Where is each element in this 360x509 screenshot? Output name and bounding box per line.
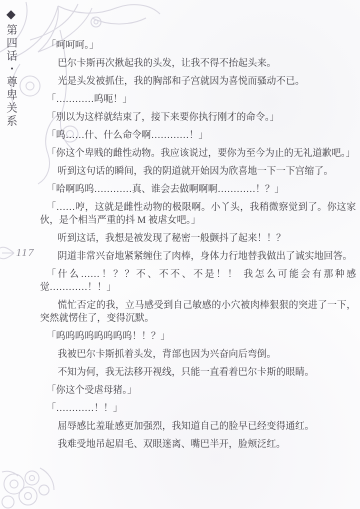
- paragraph-narration: 我难受地吊起眉毛、双眼迷离、嘴巴半开，脸颊泛红。: [40, 439, 356, 452]
- paragraph-narration: 屈辱感比羞耻感更加强烈，我知道自己的脸早已经变得通红。: [40, 421, 356, 434]
- chapter-title: 第四话・尊卑关系: [5, 24, 17, 128]
- paragraph-narration: 听到这句话的瞬间，我的阴道就开始因为欣喜地一下一下宫缩了。: [40, 166, 356, 179]
- paragraph-dialogue: 「你这个受虐母猪。」: [40, 385, 356, 398]
- page-number-sprig-icon: [0, 242, 16, 264]
- corner-flower-ornament-icon: [0, 462, 60, 509]
- paragraph-dialogue: 「哈啊呜呜…………真、谁会去做啊啊啊…………！？」: [40, 184, 356, 197]
- paragraph-dialogue: 「什么……！？？不、不不、不是！！ 我怎么可能会有那种感觉…………！！」: [40, 269, 356, 295]
- paragraph-dialogue: 「……哼，这就是雌性动物的极限啊。小丫头，我稍微察觉到了。你这家伙，是个相当严重…: [40, 202, 356, 228]
- paragraph-narration: 光是头发被抓住，我的胸部和子宫就因为喜悦而骚动不已。: [40, 76, 356, 89]
- paragraph-narration: 阴道非常兴奋地紧紧缠住了肉棒，身体力行地替我做出了诚实地回答。: [40, 251, 356, 264]
- paragraph-narration: 巴尔卡斯再次揪起我的头发，让我不得不抬起头来。: [40, 58, 356, 71]
- chapter-heading: ◆第四话・尊卑关系: [5, 7, 17, 128]
- paragraph-narration: 听到这话，我想是被发现了秘密一般颤抖了起来！！？: [40, 233, 356, 246]
- paragraph-narration: 不知为何，我无法移开视线，只能一直看着巴尔卡斯的眼睛。: [40, 367, 356, 380]
- diamond-icon: ◆: [4, 7, 18, 24]
- paragraph-narration: 我被巴尔卡斯抓着头发，背部也因为兴奋向后弯倒。: [40, 349, 356, 362]
- paragraph-dialogue: 「呵呵呵。」: [40, 40, 356, 53]
- paragraph-dialogue: 「呜呜呜呜呜呜呜呜！！？」: [40, 331, 356, 344]
- paragraph-dialogue: 「…………呜呃！」: [40, 94, 356, 107]
- paragraph-dialogue: 「呜……什、什么命令啊…………！」: [40, 130, 356, 143]
- page-number: 117: [16, 247, 35, 259]
- paragraph-narration: 慌忙否定的我，立马感受到自己敏感的小穴被肉棒狠狠的突进了一下，突然就愣住了，变得…: [40, 300, 356, 326]
- novel-page: { "chapter": { "marker": "◆", "title": "…: [0, 0, 360, 509]
- paragraph-dialogue: 「别以为这样就结束了，接下来要你执行刚才的命令。」: [40, 112, 356, 125]
- paragraph-dialogue: 「你这个卑贱的雌性动物。我应该说过，要你为至今为止的无礼道歉吧。」: [40, 148, 356, 161]
- page-content: 「呵呵呵。」巴尔卡斯再次揪起我的头发，让我不得不抬起头来。光是头发被抓住，我的胸…: [40, 40, 356, 457]
- paragraph-dialogue: 「…………！！」: [40, 403, 356, 416]
